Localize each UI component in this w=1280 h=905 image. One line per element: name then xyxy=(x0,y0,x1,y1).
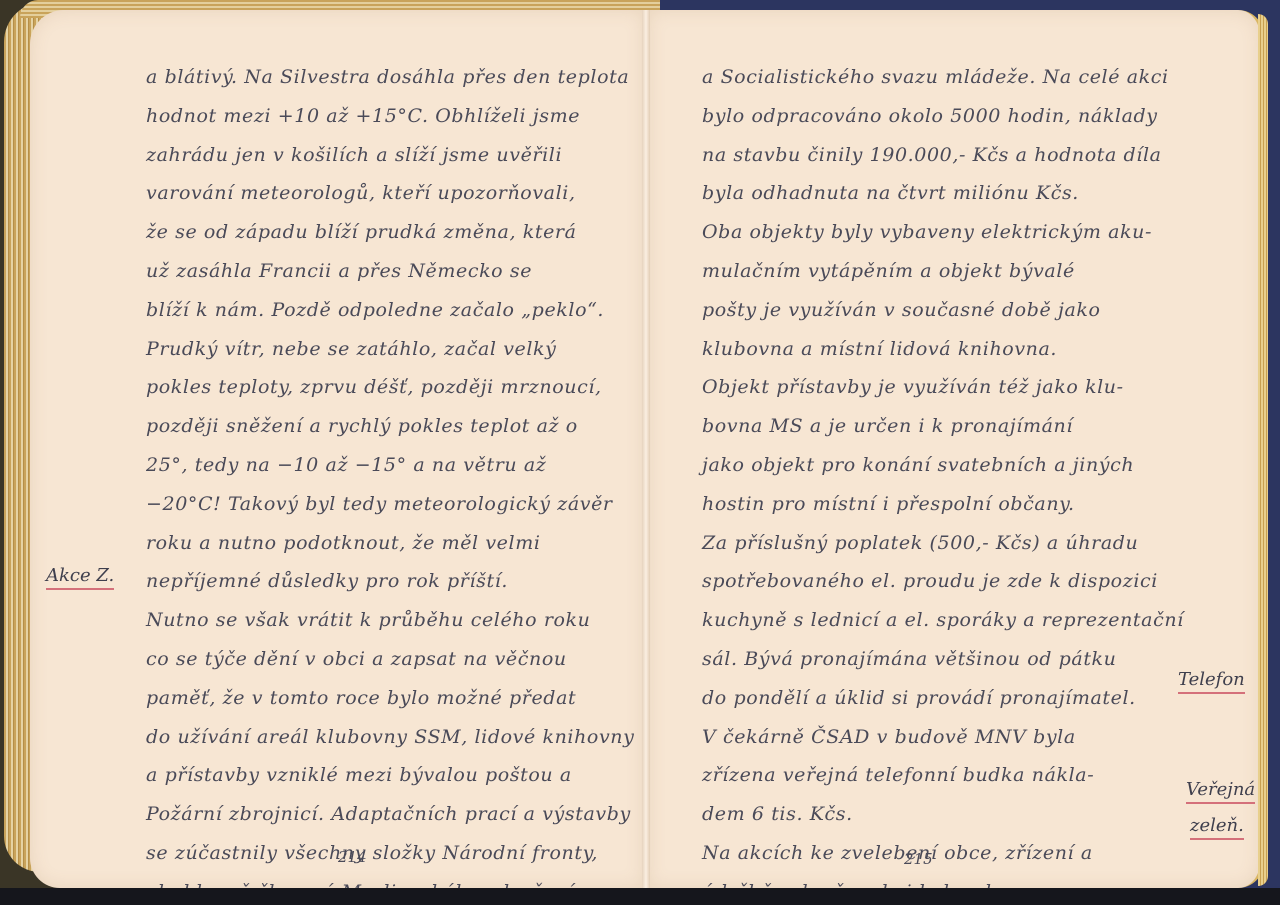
text-line: jako objekt pro konání svatebních a jiný… xyxy=(702,446,1242,485)
text-line: hodnot mezi +10 až +15°C. Obhlíželi jsme xyxy=(146,97,646,136)
text-line: sál. Bývá pronajímána většinou od pátku xyxy=(702,640,1242,679)
text-line: Oba objekty byly vybaveny elektrickým ak… xyxy=(702,213,1242,252)
text-line: se zúčastnily všechny složky Národní fro… xyxy=(146,834,646,873)
text-line: paměť, že v tomto roce bylo možné předat xyxy=(146,679,646,718)
text-line: mulačním vytápěním a objekt bývalé xyxy=(702,252,1242,291)
margin-note-zelen: zeleň. xyxy=(1190,816,1244,840)
text-line: spotřebovaného el. proudu je zde k dispo… xyxy=(702,562,1242,601)
left-page-text: a blátivý. Na Silvestra dosáhla přes den… xyxy=(146,58,646,905)
text-line: bylo odpracováno okolo 5000 hodin, nákla… xyxy=(702,97,1242,136)
text-line: co se týče dění v obci a zapsat na věčno… xyxy=(146,640,646,679)
background-surface xyxy=(0,888,1280,905)
text-line: −20°C! Takový byl tedy meteorologický zá… xyxy=(146,485,646,524)
text-line: pokles teploty, zprvu déšť, později mrzn… xyxy=(146,368,646,407)
text-line: varování meteorologů, kteří upozorňovali… xyxy=(146,174,646,213)
page-stack-edge-right xyxy=(1258,14,1268,886)
text-line: klubovna a místní lidová knihovna. xyxy=(702,330,1242,369)
text-line: na stavbu činily 190.000,- Kčs a hodnota… xyxy=(702,136,1242,175)
text-line: zřízena veřejná telefonní budka nákla- xyxy=(702,756,1242,795)
page-number-right: 215 xyxy=(904,850,933,868)
text-line: už zasáhla Francii a přes Německo se xyxy=(146,252,646,291)
text-line: V čekárně ČSAD v budově MNV byla xyxy=(702,718,1242,757)
text-line: a přístavby vzniklé mezi bývalou poštou … xyxy=(146,756,646,795)
text-line: Za příslušný poplatek (500,- Kčs) a úhra… xyxy=(702,524,1242,563)
text-line: nepříjemné důsledky pro rok příští. xyxy=(146,562,646,601)
text-line: Nutno se však vrátit k průběhu celého ro… xyxy=(146,601,646,640)
margin-note-telefon: Telefon xyxy=(1178,670,1245,694)
text-line: do užívání areál klubovny SSM, lidové kn… xyxy=(146,718,646,757)
text-line: Objekt přístavby je využíván též jako kl… xyxy=(702,368,1242,407)
text-line: bovna MS a je určen i k pronajímání xyxy=(702,407,1242,446)
text-line: Na akcích ke zvelebení obce, zřízení a xyxy=(702,834,1242,873)
text-line: do pondělí a úklid si provádí pronajímat… xyxy=(702,679,1242,718)
page-number-left: 214 xyxy=(338,848,367,866)
text-line: blíží k nám. Pozdě odpoledne začalo „pek… xyxy=(146,291,646,330)
text-line: 25°, tedy na −10 až −15° a na větru až xyxy=(146,446,646,485)
text-line: později sněžení a rychlý pokles teplot a… xyxy=(146,407,646,446)
text-line: že se od západu blíží prudká změna, kter… xyxy=(146,213,646,252)
text-line: hostin pro místní i přespolní občany. xyxy=(702,485,1242,524)
margin-note-verejna: Veřejná xyxy=(1186,780,1255,804)
text-line: roku a nutno podotknout, že měl velmi xyxy=(146,524,646,563)
text-line: kuchyně s lednicí a el. sporáky a reprez… xyxy=(702,601,1242,640)
right-page-text: a Socialistického svazu mládeže. Na celé… xyxy=(702,58,1242,905)
text-line: byla odhadnuta na čtvrt miliónu Kčs. xyxy=(702,174,1242,213)
text-line: zahrádu jen v košilích a slíží jsme uvěř… xyxy=(146,136,646,175)
text-line: Požární zbrojnicí. Adaptačních prací a v… xyxy=(146,795,646,834)
text-line: a Socialistického svazu mládeže. Na celé… xyxy=(702,58,1242,97)
text-line: a blátivý. Na Silvestra dosáhla přes den… xyxy=(146,58,646,97)
margin-note-akce-z: Akce Z. xyxy=(46,566,114,590)
text-line: dem 6 tis. Kčs. xyxy=(702,795,1242,834)
text-line: Prudký vítr, nebe se zatáhlo, začal velk… xyxy=(146,330,646,369)
text-line: pošty je využíván v současné době jako xyxy=(702,291,1242,330)
